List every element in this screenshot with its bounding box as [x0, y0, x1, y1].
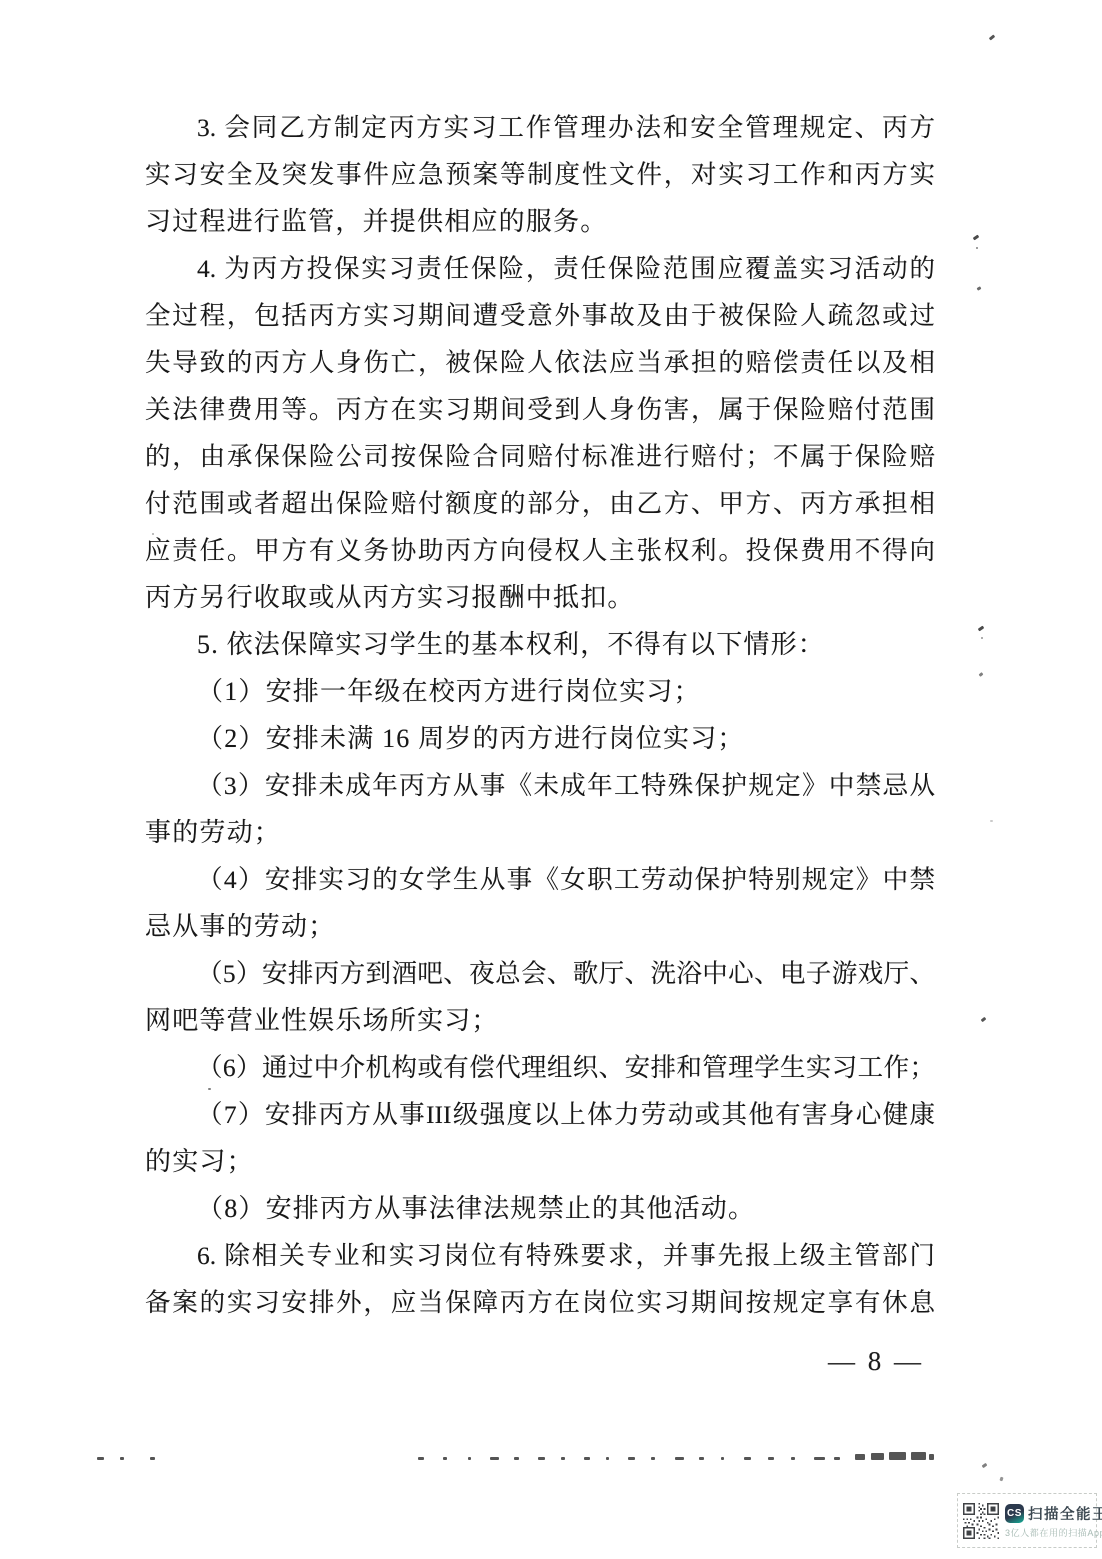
text-line: （8）安排丙方从事法律法规禁止的其他活动。 — [145, 1185, 935, 1232]
cut-off-text-artifact — [834, 1457, 840, 1460]
scan-speck-artifact — [978, 626, 985, 632]
scan-speck-artifact — [989, 34, 996, 40]
text-line: 失导致的丙方人身伤亡，被保险人依法应当承担的赔偿责任以及相 — [145, 339, 935, 386]
text-line: 丙方另行收取或从丙方实习报酬中抵扣。 — [145, 574, 935, 621]
text-line: 应责任。甲方有义务协助丙方向侵权人主张权利。投保费用不得向 — [145, 527, 935, 574]
qr-code-icon — [963, 1503, 999, 1539]
cut-off-text-artifact — [675, 1457, 684, 1460]
scan-speck-artifact — [973, 235, 980, 241]
cut-off-text-artifact — [791, 1457, 795, 1460]
scan-speck-artifact — [977, 286, 982, 291]
scan-speck-artifact — [208, 1088, 211, 1090]
cut-off-text-artifact — [468, 1457, 471, 1460]
text-line: 的，由承保保险公司按保险合同赔付标准进行赔付；不属于保险赔 — [145, 433, 935, 480]
text-line: （6）通过中介机构或有偿代理组织、安排和管理学生实习工作； — [145, 1044, 935, 1091]
text-line: 的实习； — [145, 1138, 935, 1185]
text-line: 6. 除相关专业和实习岗位有特殊要求，并事先报上级主管部门 — [145, 1232, 935, 1279]
scanned-document-page: 3. 会同乙方制定丙方实习工作管理办法和安全管理规定、丙方实习安全及突发事件应急… — [0, 0, 1102, 1559]
cut-off-text-artifact — [929, 1454, 934, 1460]
cut-off-text-artifact — [768, 1457, 774, 1460]
scan-speck-artifact — [982, 1463, 988, 1468]
text-line: 备案的实习安排外，应当保障丙方在岗位实习期间按规定享有休息 — [145, 1279, 935, 1326]
cut-off-text-artifact — [443, 1457, 447, 1460]
text-line: 关法律费用等。丙方在实习期间受到人身伤害，属于保险赔付范围 — [145, 386, 935, 433]
text-line: （3）安排未成年丙方从事《未成年工特殊保护规定》中禁忌从 — [145, 762, 935, 809]
text-line: （2）安排未满 16 周岁的丙方进行岗位实习； — [145, 715, 935, 762]
cut-off-text-artifact — [120, 1457, 124, 1460]
watermark-tagline: 3亿人都在用的扫描App — [1005, 1526, 1091, 1539]
text-line: 习过程进行监管，并提供相应的服务。 — [145, 198, 935, 245]
cut-off-text-artifact — [889, 1452, 906, 1460]
text-line: 忌从事的劳动； — [145, 903, 935, 950]
cut-off-text-artifact — [418, 1457, 424, 1460]
scan-speck-artifact — [152, 533, 154, 535]
scan-speck-artifact — [976, 247, 978, 249]
cut-off-text-artifact — [871, 1453, 884, 1460]
camscanner-watermark: CS 扫描全能王 3亿人都在用的扫描App — [957, 1493, 1097, 1548]
cut-off-text-artifact — [97, 1457, 104, 1460]
cut-off-text-artifact — [744, 1457, 751, 1460]
cut-off-text-artifact — [561, 1457, 565, 1460]
cut-off-text-artifact — [855, 1454, 865, 1460]
camscanner-logo-icon: CS — [1005, 1504, 1024, 1523]
text-line: 付范围或者超出保险赔付额度的部分，由乙方、甲方、丙方承担相 — [145, 480, 935, 527]
watermark-app-name: 扫描全能王 — [1028, 1503, 1102, 1524]
text-line: （1）安排一年级在校丙方进行岗位实习； — [145, 668, 935, 715]
cut-off-text-artifact — [490, 1457, 499, 1460]
scan-speck-artifact — [999, 1477, 1003, 1482]
cut-off-text-artifact — [584, 1457, 590, 1460]
cut-off-text-artifact — [721, 1457, 724, 1460]
cut-off-text-artifact — [538, 1457, 545, 1460]
scan-speck-artifact — [979, 672, 984, 677]
cut-off-text-artifact — [606, 1457, 609, 1460]
cut-off-text-artifact — [514, 1457, 519, 1460]
text-line: （7）安排丙方从事III级强度以上体力劳动或其他有害身心健康 — [145, 1091, 935, 1138]
cut-off-text-artifact — [814, 1457, 825, 1460]
text-line: 实习安全及突发事件应急预案等制度性文件，对实习工作和丙方实 — [145, 151, 935, 198]
cut-off-text-artifact — [911, 1452, 926, 1460]
text-line: 3. 会同乙方制定丙方实习工作管理办法和安全管理规定、丙方 — [145, 104, 935, 151]
page-number: — 8 — — [828, 1346, 924, 1377]
cut-off-text-artifact — [150, 1457, 155, 1460]
text-line: （5）安排丙方到酒吧、夜总会、歌厅、洗浴中心、电子游戏厅、 — [145, 950, 935, 997]
text-line: 事的劳动； — [145, 809, 935, 856]
text-line: 5. 依法保障实习学生的基本权利，不得有以下情形： — [145, 621, 935, 668]
text-line: 全过程，包括丙方实习期间遭受意外事故及由于被保险人疏忽或过 — [145, 292, 935, 339]
scan-speck-artifact — [981, 1017, 987, 1022]
text-line: 4. 为丙方投保实习责任保险，责任保险范围应覆盖实习活动的 — [145, 245, 935, 292]
scan-speck-artifact — [990, 820, 993, 822]
cut-off-text-artifact — [651, 1457, 655, 1460]
scan-speck-artifact — [981, 637, 983, 639]
document-body: 3. 会同乙方制定丙方实习工作管理办法和安全管理规定、丙方实习安全及突发事件应急… — [145, 104, 935, 1326]
cut-off-text-artifact — [699, 1457, 704, 1460]
text-line: 网吧等营业性娱乐场所实习； — [145, 997, 935, 1044]
cut-off-text-artifact — [628, 1457, 635, 1460]
text-line: （4）安排实习的女学生从事《女职工劳动保护特别规定》中禁 — [145, 856, 935, 903]
